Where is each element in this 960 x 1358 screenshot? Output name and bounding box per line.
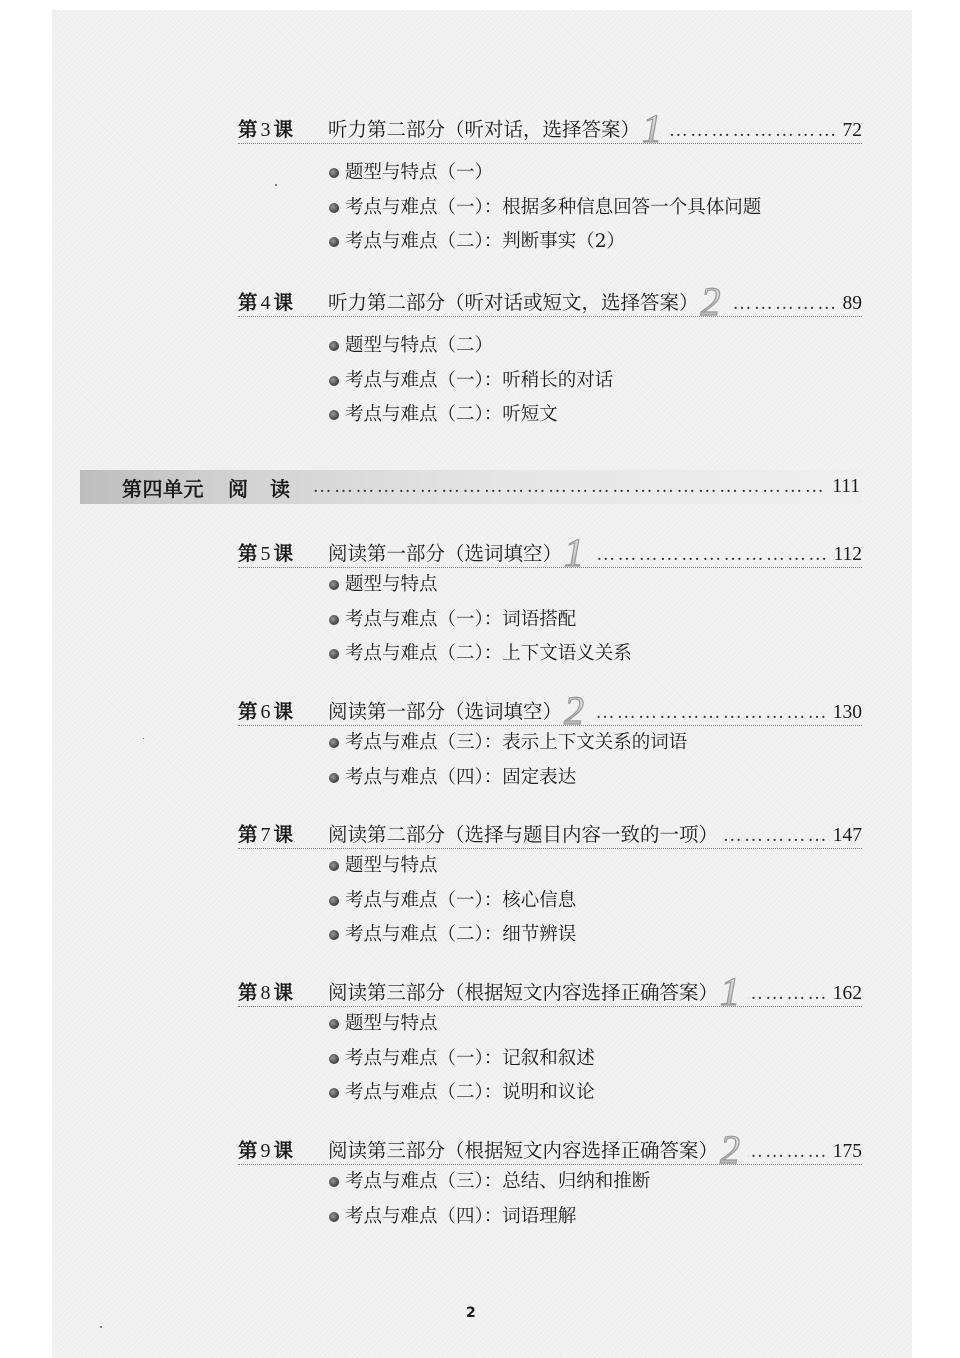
- lesson-heading[interactable]: 第8课 阅读第三部分（根据短文内容选择正确答案） 1 ……………………………………: [238, 975, 862, 1007]
- list-item: 考点与难点（一）：根据多种信息回答一个具体问题: [329, 191, 862, 226]
- toc-lesson-9[interactable]: 第9课 阅读第三部分（根据短文内容选择正确答案） 2 ……………………………………: [238, 1133, 862, 1234]
- page-reference[interactable]: 111: [832, 476, 860, 498]
- list-item: 考点与难点（一）：核心信息: [329, 884, 862, 919]
- part-number-mark: 1: [642, 114, 662, 144]
- page-reference[interactable]: 162: [833, 983, 862, 1005]
- bullet-icon: [329, 1019, 339, 1029]
- toc-lesson-7[interactable]: 第7课 阅读第二部分（选择与题目内容一致的一项） …………………………………………: [238, 817, 862, 953]
- lesson-points: 考点与难点（三）：表示上下文关系的词语 考点与难点（四）：固定表达: [238, 726, 862, 795]
- lesson-number: 第7课: [238, 819, 328, 847]
- lesson-number: 第9课: [238, 1135, 328, 1163]
- bullet-icon: [329, 1054, 339, 1064]
- page-reference[interactable]: 112: [833, 544, 862, 566]
- list-item: 考点与难点（二）：听短文: [329, 398, 862, 433]
- list-item: 考点与难点（二）：判断事实（2）: [329, 225, 862, 260]
- lesson-title: 阅读第三部分（根据短文内容选择正确答案）: [328, 1135, 718, 1163]
- lesson-points: 题型与特点 考点与难点（一）：核心信息 考点与难点（二）：细节辨误: [238, 849, 862, 953]
- unit-label: 第四单元: [122, 473, 204, 502]
- lesson-heading[interactable]: 第5课 阅读第一部分（选词填空） 1 …………………………………………………… …: [238, 536, 862, 568]
- dot-leader: ……………………………………………………: [670, 120, 838, 142]
- lesson-title: 阅读第三部分（根据短文内容选择正确答案）: [328, 977, 718, 1005]
- part-number-mark: 1: [564, 538, 584, 568]
- list-item: 考点与难点（二）：细节辨误: [329, 918, 862, 953]
- lesson-number: 第8课: [238, 977, 328, 1005]
- lesson-points: 题型与特点 考点与难点（一）：词语搭配 考点与难点（二）：上下文语义关系: [238, 568, 862, 672]
- lesson-points: 考点与难点（三）：总结、归纳和推断 考点与难点（四）：词语理解: [238, 1165, 862, 1234]
- page-reference[interactable]: 175: [833, 1141, 862, 1163]
- lesson-title: 听力第二部分（听对话，选择答案）: [328, 114, 640, 142]
- bullet-icon: [329, 615, 339, 625]
- scan-speck: [143, 738, 144, 739]
- bullet-icon: [329, 896, 339, 906]
- toc-lesson-8[interactable]: 第8课 阅读第三部分（根据短文内容选择正确答案） 1 ……………………………………: [238, 975, 862, 1111]
- lesson-title: 阅读第一部分（选词填空）: [328, 696, 562, 724]
- lesson-title: 听力第二部分（听对话或短文，选择答案）: [328, 287, 699, 315]
- bullet-icon: [329, 738, 339, 748]
- lesson-number: 第5课: [238, 538, 328, 566]
- bullet-icon: [329, 168, 339, 178]
- part-number-mark: 2: [564, 696, 584, 726]
- bullet-icon: [329, 237, 339, 247]
- part-number-mark: 2: [720, 1135, 740, 1165]
- dot-leader: ……………………………………………………: [722, 825, 829, 847]
- bullet-icon: [329, 1177, 339, 1187]
- toc-lesson-3[interactable]: 第3课 听力第二部分（听对话，选择答案） 1 ………………………………………………: [238, 112, 862, 260]
- lesson-title: 阅读第一部分（选词填空）: [328, 538, 562, 566]
- unit-name: 阅读: [228, 473, 312, 502]
- dot-leader: ……………………………………………………: [592, 544, 829, 566]
- lesson-number: 第6课: [238, 696, 328, 724]
- dot-leader: ……………………………………………………: [729, 293, 839, 315]
- unit-heading-bar[interactable]: 第四单元 阅读 ………………………………………………………………………………………: [80, 470, 862, 504]
- bullet-icon: [329, 773, 339, 783]
- lesson-title: 阅读第二部分（选择与题目内容一致的一项）: [328, 819, 718, 847]
- bullet-icon: [329, 376, 339, 386]
- scan-speck: [275, 184, 277, 186]
- lesson-heading[interactable]: 第6课 阅读第一部分（选词填空） 2 …………………………………………………… …: [238, 694, 862, 726]
- dot-leader: ……………………………………………………………………………………………………………: [312, 476, 826, 498]
- list-item: 题型与特点: [329, 1007, 862, 1042]
- bullet-icon: [329, 203, 339, 213]
- page-reference[interactable]: 147: [833, 825, 862, 847]
- lesson-number: 第4课: [238, 287, 328, 315]
- lesson-points: 题型与特点 考点与难点（一）：记叙和叙述 考点与难点（二）：说明和议论: [238, 1007, 862, 1111]
- lesson-heading[interactable]: 第4课 听力第二部分（听对话或短文，选择答案） 2 ………………………………………: [238, 285, 862, 317]
- scan-speck: [100, 1326, 102, 1328]
- lesson-heading[interactable]: 第9课 阅读第三部分（根据短文内容选择正确答案） 2 ……………………………………: [238, 1133, 862, 1165]
- lesson-heading[interactable]: 第7课 阅读第二部分（选择与题目内容一致的一项） …………………………………………: [238, 817, 862, 849]
- page-reference[interactable]: 89: [843, 293, 863, 315]
- list-item: 考点与难点（一）：听稍长的对话: [329, 364, 862, 399]
- part-number-mark: 2: [701, 287, 721, 317]
- dot-leader: ……………………………………………………: [592, 702, 829, 724]
- toc-lesson-6[interactable]: 第6课 阅读第一部分（选词填空） 2 …………………………………………………… …: [238, 694, 862, 795]
- lesson-points: 题型与特点（二） 考点与难点（一）：听稍长的对话 考点与难点（二）：听短文: [238, 329, 862, 433]
- lesson-points: 题型与特点（一） 考点与难点（一）：根据多种信息回答一个具体问题 考点与难点（二…: [238, 156, 862, 260]
- page-number: 2: [466, 1305, 476, 1321]
- list-item: 考点与难点（三）：总结、归纳和推断: [329, 1165, 862, 1200]
- bullet-icon: [329, 1088, 339, 1098]
- toc-lesson-4[interactable]: 第4课 听力第二部分（听对话或短文，选择答案） 2 ………………………………………: [238, 285, 862, 433]
- bullet-icon: [329, 580, 339, 590]
- dot-leader: ……………………………………………………: [748, 1141, 829, 1163]
- page-reference[interactable]: 130: [833, 702, 862, 724]
- bullet-icon: [329, 1212, 339, 1222]
- lesson-number: 第3课: [238, 114, 328, 142]
- page-reference[interactable]: 72: [843, 120, 863, 142]
- list-item: 题型与特点（一）: [329, 156, 862, 191]
- list-item: 考点与难点（二）：说明和议论: [329, 1076, 862, 1111]
- dot-leader: ……………………………………………………: [748, 983, 829, 1005]
- list-item: 考点与难点（二）：上下文语义关系: [329, 637, 862, 672]
- part-number-mark: 1: [720, 977, 740, 1007]
- list-item: 考点与难点（一）：记叙和叙述: [329, 1042, 862, 1077]
- bullet-icon: [329, 861, 339, 871]
- bullet-icon: [329, 341, 339, 351]
- bullet-icon: [329, 930, 339, 940]
- toc-lesson-5[interactable]: 第5课 阅读第一部分（选词填空） 1 …………………………………………………… …: [238, 536, 862, 672]
- lesson-heading[interactable]: 第3课 听力第二部分（听对话，选择答案） 1 ………………………………………………: [238, 112, 862, 144]
- bullet-icon: [329, 410, 339, 420]
- list-item: 考点与难点（四）：词语理解: [329, 1200, 862, 1235]
- list-item: 题型与特点: [329, 568, 862, 603]
- list-item: 考点与难点（三）：表示上下文关系的词语: [329, 726, 862, 761]
- list-item: 题型与特点（二）: [329, 329, 862, 364]
- bullet-icon: [329, 649, 339, 659]
- list-item: 考点与难点（四）：固定表达: [329, 761, 862, 796]
- list-item: 题型与特点: [329, 849, 862, 884]
- list-item: 考点与难点（一）：词语搭配: [329, 603, 862, 638]
